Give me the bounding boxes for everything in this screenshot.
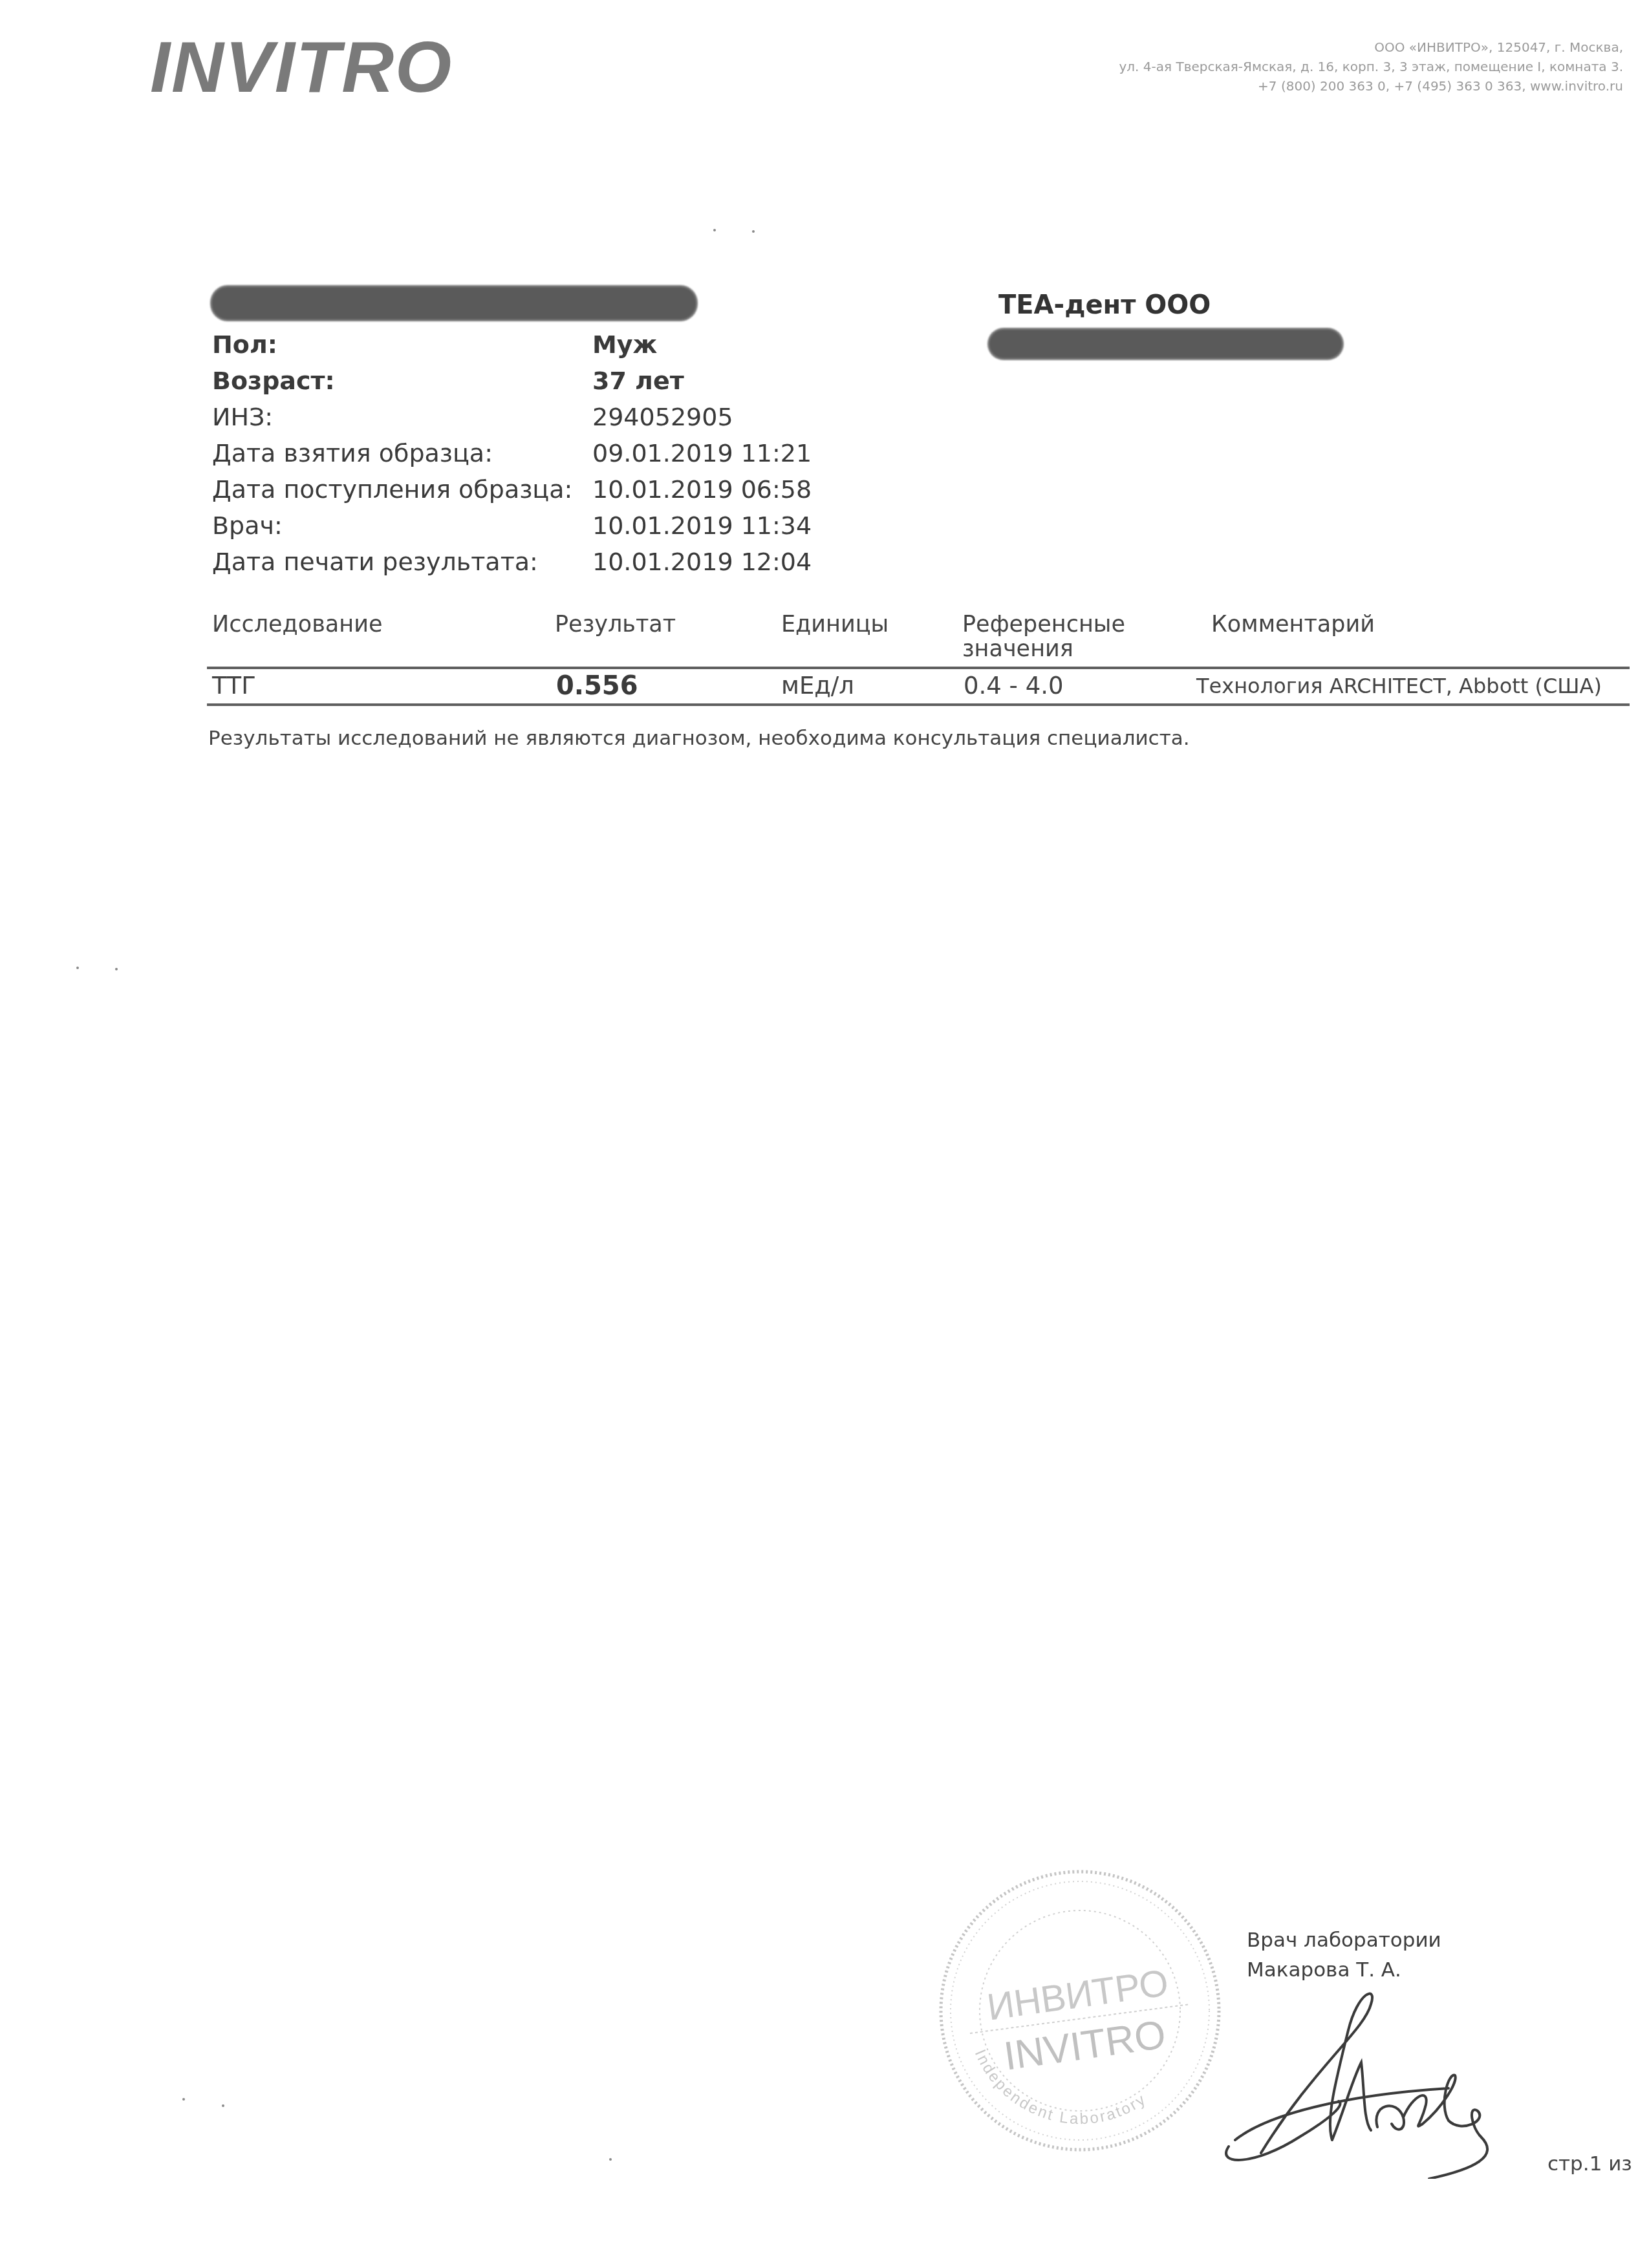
column-header-reference: Референсные значения (962, 611, 1125, 660)
cell-comment: Технология ARCHITECT, Abbott (США) (1196, 670, 1602, 702)
disclaimer-text: Результаты исследований не являются диаг… (208, 724, 1190, 753)
field-value: 10.01.2019 12:04 (592, 544, 812, 580)
field-value: 37 лет (592, 363, 684, 399)
signer-role: Врач лаборатории (1247, 1925, 1441, 1955)
organization-address-redacted: Бежецк, ул. Большая, д. 24 (989, 330, 1342, 358)
field-label: ИНЗ: (212, 399, 273, 435)
company-contact-block: ООО «ИНВИТРО», 125047, г. Москва, ул. 4-… (1119, 37, 1624, 96)
signer-block: Врач лаборатории Макарова Т. А. (1247, 1925, 1441, 1985)
scan-speck (609, 2158, 612, 2161)
signer-name: Макарова Т. А. (1247, 1955, 1441, 1985)
company-phone-line: +7 (800) 200 363 0, +7 (495) 363 0 363, … (1119, 76, 1624, 96)
field-label: Дата печати результата: (212, 544, 538, 580)
field-label: Врач: (212, 508, 283, 544)
table-bottom-divider (207, 703, 1630, 706)
column-header-result: Результат (555, 611, 676, 638)
scan-speck (713, 229, 716, 231)
scan-speck (222, 2104, 224, 2107)
field-value: 10.01.2019 06:58 (592, 471, 812, 508)
field-label: Пол: (212, 326, 277, 363)
cell-test: ТТГ (212, 670, 256, 702)
scan-speck (752, 230, 755, 233)
organization-name: ТЕА-дент ООО (998, 289, 1211, 321)
table-header-divider (207, 667, 1630, 669)
signature-icon (1216, 1991, 1539, 2179)
page-number: стр.1 из (1547, 2151, 1632, 2177)
cell-units: мЕд/л (781, 670, 854, 702)
scan-speck (76, 967, 79, 969)
scan-speck (115, 968, 118, 970)
invitro-logo: INVITRO (150, 31, 453, 103)
patient-name-redacted: АГАРКОВ АЛЕКСЕЙ ГЕННАДЬЕВИЧ (212, 287, 696, 319)
field-value: 294052905 (592, 399, 733, 435)
field-label: Дата поступления образца: (212, 471, 572, 508)
column-header-reference-line2: значения (962, 638, 1125, 660)
column-header-reference-line1: Референсные (962, 611, 1125, 638)
field-value: 09.01.2019 11:21 (592, 435, 812, 471)
cell-result: 0.556 (556, 670, 638, 702)
lab-stamp-icon: ИНВИТРО INVITRO Independent Laboratory (931, 1862, 1229, 2159)
company-address-line: ул. 4-ая Тверская-Ямская, д. 16, корп. 3… (1119, 57, 1624, 76)
company-line: ООО «ИНВИТРО», 125047, г. Москва, (1119, 37, 1624, 57)
scan-speck (182, 2098, 185, 2101)
field-label: Дата взятия образца: (212, 435, 493, 471)
column-header-units: Единицы (781, 611, 889, 638)
column-header-comment: Комментарий (1211, 611, 1375, 638)
column-header-test: Исследование (212, 611, 382, 638)
field-label: Возраст: (212, 363, 335, 399)
cell-reference: 0.4 - 4.0 (964, 670, 1064, 702)
field-value: Муж (592, 326, 657, 363)
field-value: 10.01.2019 11:34 (592, 508, 812, 544)
